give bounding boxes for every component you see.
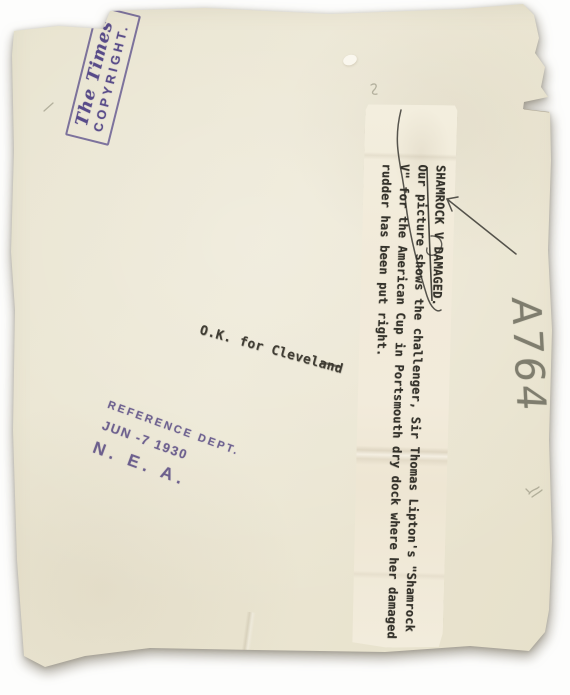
caption-strip: SHAMROCK V DAMAGED. Our picture shows th… bbox=[350, 103, 457, 649]
photo-paper: The Times COPYRIGHT. REFERENCE DEPT. JUN… bbox=[0, 0, 570, 695]
catalog-number-handwriting: A764 bbox=[502, 297, 557, 469]
photo-paper-shadow: The Times COPYRIGHT. REFERENCE DEPT. JUN… bbox=[0, 0, 570, 695]
scan-background: The Times COPYRIGHT. REFERENCE DEPT. JUN… bbox=[0, 0, 570, 695]
caption-text: SHAMROCK V DAMAGED. Our picture shows th… bbox=[350, 103, 457, 649]
